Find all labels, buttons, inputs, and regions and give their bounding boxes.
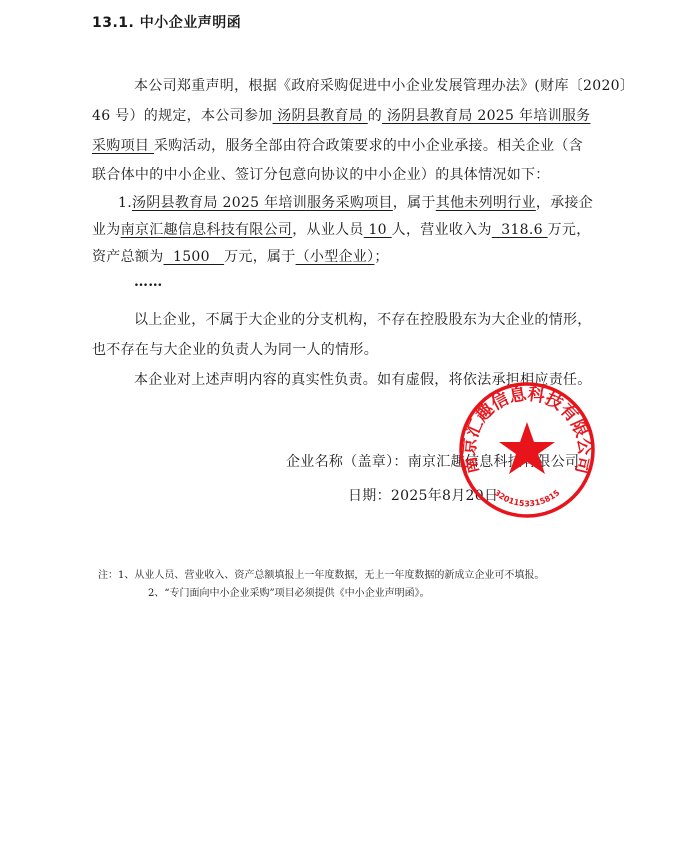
item1-line2: 业为南京汇趣信息科技有限公司，从业人员 10 人，营业收入为 318.6 万元，	[92, 219, 591, 239]
para1-line4: 联合体中的中小企业、签订分包意向协议的中小企业）的具体情况如下：	[92, 164, 550, 184]
item-number: 1.	[118, 195, 132, 211]
staff-count: 10	[364, 222, 392, 238]
revenue: 318.6	[492, 222, 548, 238]
item-project: 汤阴县教育局 2025 年培训服务采购项目	[132, 195, 393, 211]
buyer-name: 汤阴县教育局	[272, 108, 367, 124]
text: 采购活动，服务全部由符合政策要求的中小企业承接。相关企业（含	[154, 138, 583, 154]
item1-line3: 资产总额为 1500 万元，属于（小型企业）；	[92, 246, 389, 266]
text: ，从业人员	[292, 222, 364, 238]
text: ，属于	[393, 195, 436, 211]
text: 的	[368, 108, 382, 124]
text: ，承接企	[536, 195, 593, 211]
para2-line2: 也不存在与大企业的负责人为同一人的情形。	[92, 339, 378, 359]
para1-line1: 本公司郑重声明，根据《政府采购促进中小企业发展管理办法》(财库〔2020〕	[134, 75, 634, 95]
para1-line2: 46 号）的规定，本公司参加 汤阴县教育局 的 汤阴县教育局 2025 年培训服…	[92, 105, 590, 125]
text: 业为	[92, 222, 121, 238]
text: 46 号）的规定，本公司参加	[92, 108, 272, 124]
total-assets: 1500	[164, 249, 225, 265]
signature-date: 日期：2025年8月20日	[348, 485, 498, 505]
signature-company: 企业名称（盖章）：南京汇趣信息科技有限公司	[286, 451, 579, 471]
para3: 本企业对上述声明内容的真实性负责。如有虚假，将依法承担相应责任。	[134, 369, 592, 389]
note-1: 注：1、从业人员、营业收入、资产总额填报上一年度数据，无上一年度数据的新成立企业…	[98, 566, 544, 581]
text: 人，营业收入为	[392, 222, 492, 238]
text: 万元，	[548, 222, 591, 238]
industry: 其他未列明行业	[436, 195, 536, 211]
text: 万元，属于	[224, 249, 296, 265]
para1-line3: 采购项目 采购活动，服务全部由符合政策要求的中小企业承接。相关企业（含	[92, 135, 583, 155]
project-name: 汤阴县教育局 2025 年培训服务	[382, 108, 590, 124]
para2-line1: 以上企业，不属于大企业的分支机构，不存在控股股东为大企业的情形，	[134, 309, 592, 329]
text: 资产总额为	[92, 249, 164, 265]
project-name-cont: 采购项目	[92, 138, 154, 154]
ellipsis: ……	[134, 274, 163, 290]
section-heading: 13.1. 中小企业声明函	[92, 12, 241, 32]
text: ；	[374, 249, 388, 265]
note-2: 2、“专门面向中小企业采购”项目必须提供《中小企业声明函》。	[148, 584, 430, 599]
company-name: 南京汇趣信息科技有限公司	[121, 222, 293, 238]
item1-line1: 1.汤阴县教育局 2025 年培训服务采购项目，属于其他未列明行业，承接企	[118, 192, 593, 212]
svg-text:3201153315815: 3201153315815	[492, 488, 561, 508]
enterprise-size: （小型企业）	[296, 249, 375, 265]
